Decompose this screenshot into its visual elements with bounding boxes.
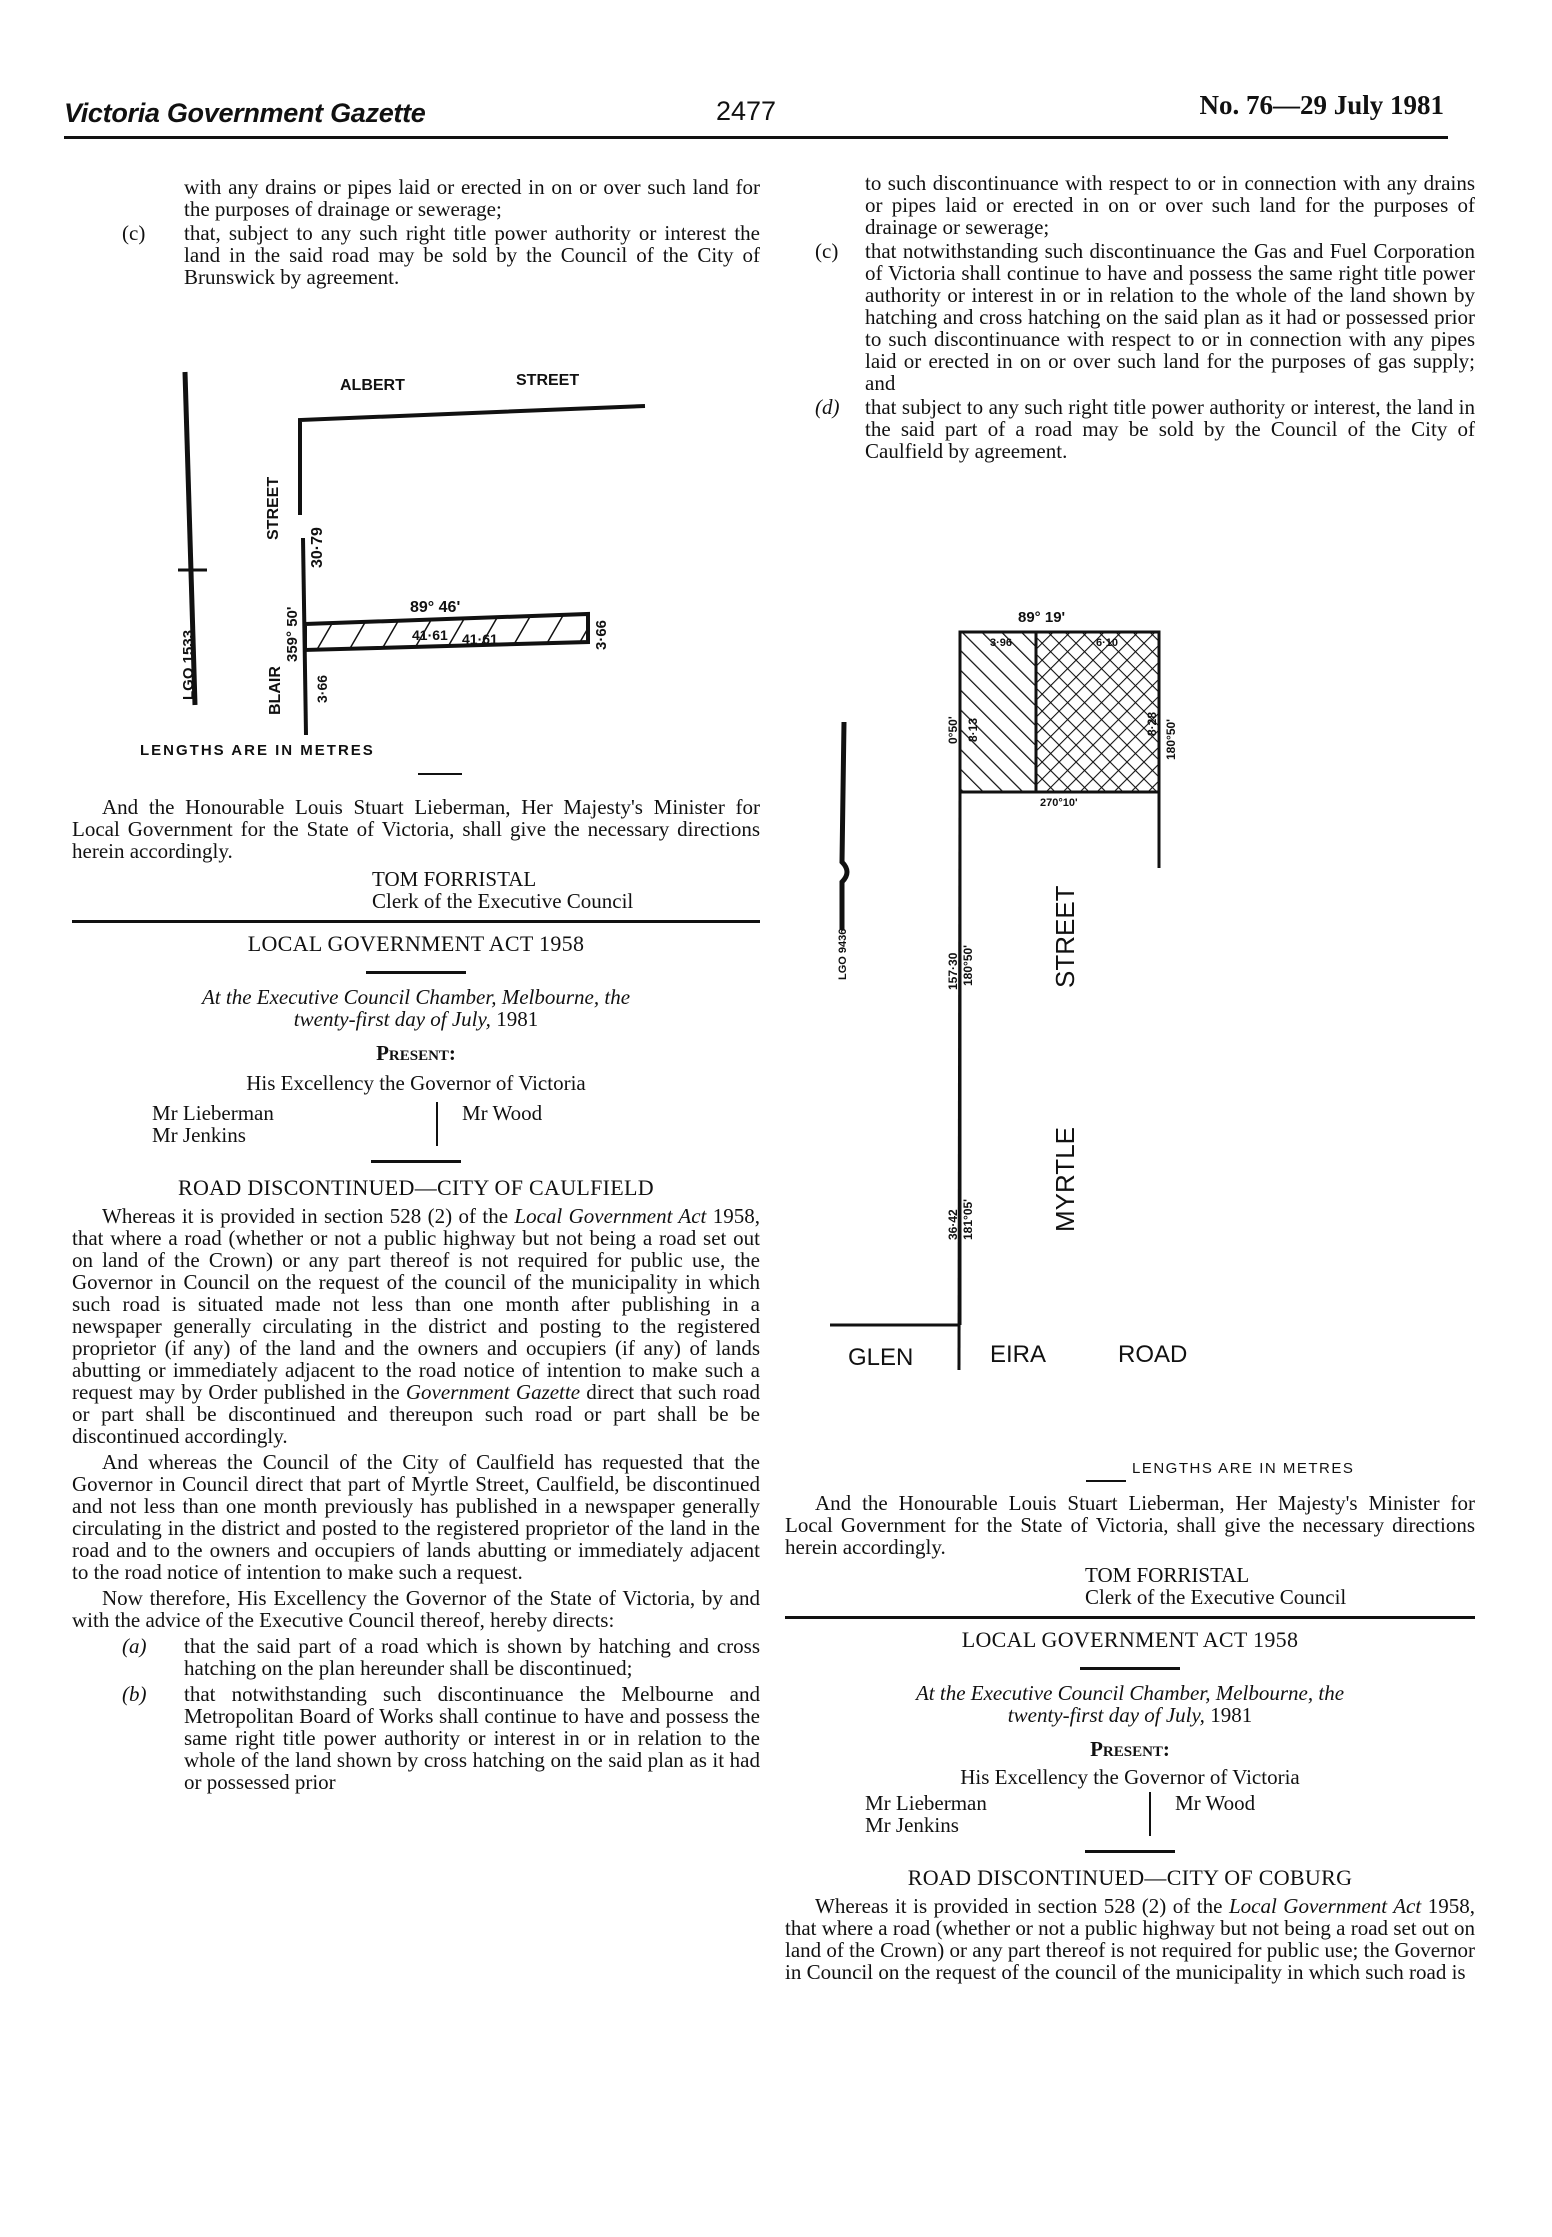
member: Mr Wood — [462, 1102, 760, 1124]
section-rule — [785, 1616, 1475, 1619]
chamber-line: At the Executive Council Chamber, Melbou… — [72, 986, 760, 1008]
left-item-b: (b) that notwithstanding such discontinu… — [72, 1683, 760, 1793]
left-column: with any drains or pipes laid or erected… — [72, 176, 760, 288]
svg-text:GLEN: GLEN — [848, 1344, 913, 1370]
signatory-title: Clerk of the Executive Council — [785, 1586, 1475, 1608]
divider — [418, 773, 462, 775]
publication-title: Victoria Government Gazette — [64, 98, 426, 129]
section-heading: ROAD DISCONTINUED—CITY OF CAULFIELD — [72, 1177, 760, 1199]
chamber-year: 1981 — [496, 1007, 538, 1031]
act-heading: LOCAL GOVERNMENT ACT 1958 — [72, 933, 760, 955]
section-rule — [72, 920, 760, 923]
minister-paragraph: And the Honourable Louis Stuart Lieberma… — [72, 796, 760, 862]
blair-street-label: STREET — [265, 477, 282, 540]
svg-text:MYRTLE: MYRTLE — [1050, 1127, 1080, 1232]
svg-text:8·28: 8·28 — [1145, 712, 1159, 736]
divider — [1086, 1480, 1126, 1482]
svg-text:359° 50': 359° 50' — [284, 607, 301, 662]
divider — [1080, 1667, 1180, 1670]
governor-line: His Excellency the Governor of Victoria — [785, 1766, 1475, 1788]
member-divider — [436, 1102, 438, 1146]
whereas-council-paragraph: And whereas the Council of the City of C… — [72, 1451, 760, 1583]
page-number: 2477 — [716, 96, 776, 127]
svg-text:180°50': 180°50' — [1164, 719, 1178, 760]
blair-label: BLAIR — [267, 666, 284, 715]
plan-note-left: LENGTHS ARE IN METRES — [140, 742, 375, 759]
left-item-c: (c) that, subject to any such right titl… — [72, 222, 760, 288]
present-members: Mr Lieberman Mr Jenkins Mr Wood — [785, 1792, 1475, 1836]
plan-brunswick: LGO 1533 ALBERT STREET STREET BLAIR 30·7… — [160, 360, 680, 770]
svg-text:270°10': 270°10' — [1040, 797, 1078, 809]
svg-text:181°05': 181°05' — [961, 1199, 975, 1240]
svg-text:30·79: 30·79 — [309, 527, 326, 568]
issue-date: No. 76—29 July 1981 — [1199, 90, 1444, 121]
svg-text:0°50': 0°50' — [946, 716, 960, 744]
albert-street-label: STREET — [516, 372, 579, 389]
right-item-c: (c) that notwithstanding such discontinu… — [785, 240, 1475, 394]
present-label: Present: — [72, 1042, 760, 1064]
svg-text:157·30: 157·30 — [946, 952, 960, 990]
item-label: (c) — [122, 222, 145, 244]
svg-text:89° 46': 89° 46' — [410, 599, 460, 616]
whereas-paragraph: Whereas it is provided in section 528 (2… — [72, 1205, 760, 1447]
right-item-d: (d) that subject to any such right title… — [785, 396, 1475, 462]
svg-text:89° 19': 89° 19' — [1018, 609, 1065, 626]
svg-text:41·61: 41·61 — [412, 627, 448, 643]
divider — [1085, 1850, 1175, 1853]
present-label: Present: — [785, 1738, 1475, 1760]
left-item-a: (a) that the said part of a road which i… — [72, 1635, 760, 1679]
act-heading: LOCAL GOVERNMENT ACT 1958 — [785, 1629, 1475, 1651]
svg-text:3·66: 3·66 — [314, 675, 330, 703]
chamber-date: twenty-first day of July, — [294, 1007, 491, 1031]
right-column: to such discontinuance with respect to o… — [785, 172, 1475, 462]
whereas-paragraph: Whereas it is provided in section 528 (2… — [785, 1895, 1475, 1983]
plan-note-right: LENGTHS ARE IN METRES — [1132, 1460, 1354, 1477]
governor-line: His Excellency the Governor of Victoria — [72, 1072, 760, 1094]
plan-caulfield: 89° 19' 3·96 6·10 0°50' 8·13 8·28 180°50… — [830, 600, 1310, 1370]
svg-text:8·13: 8·13 — [966, 718, 980, 742]
svg-text:EIRA: EIRA — [990, 1341, 1046, 1368]
member-divider — [1149, 1792, 1151, 1836]
svg-text:180°50': 180°50' — [961, 945, 975, 986]
albert-label: ALBERT — [340, 377, 405, 394]
chamber-line: At the Executive Council Chamber, Melbou… — [785, 1682, 1475, 1704]
member: Mr Jenkins — [152, 1124, 412, 1146]
minister-paragraph: And the Honourable Louis Stuart Lieberma… — [785, 1492, 1475, 1558]
signatory-name: TOM FORRISTAL — [72, 868, 760, 890]
member: Mr Lieberman — [865, 1792, 1125, 1814]
svg-text:36·42: 36·42 — [946, 1209, 960, 1240]
item-text: that, subject to any such right title po… — [184, 221, 760, 289]
left-column-lower: And the Honourable Louis Stuart Lieberma… — [72, 796, 760, 1793]
svg-text:41·61: 41·61 — [462, 631, 498, 647]
svg-text:LGO 9436: LGO 9436 — [837, 929, 849, 980]
signatory-name: TOM FORRISTAL — [785, 1564, 1475, 1586]
left-continuation-text: with any drains or pipes laid or erected… — [72, 176, 760, 220]
member: Mr Jenkins — [865, 1814, 1125, 1836]
divider — [366, 971, 466, 974]
chamber-date: twenty-first day of July, — [1008, 1703, 1205, 1727]
header-rule — [64, 136, 1448, 139]
member: Mr Lieberman — [152, 1102, 412, 1124]
now-therefore-paragraph: Now therefore, His Excellency the Govern… — [72, 1587, 760, 1631]
member: Mr Wood — [1175, 1792, 1475, 1814]
divider — [371, 1160, 461, 1163]
lgo-label: LGO 1533 — [180, 630, 197, 700]
svg-text:3·66: 3·66 — [593, 620, 610, 650]
svg-text:ROAD: ROAD — [1118, 1341, 1187, 1368]
svg-text:3·96: 3·96 — [990, 637, 1012, 649]
chamber-year: 1981 — [1210, 1703, 1252, 1727]
right-continuation-text: to such discontinuance with respect to o… — [785, 172, 1475, 238]
svg-text:STREET: STREET — [1050, 885, 1080, 988]
signatory-title: Clerk of the Executive Council — [72, 890, 760, 912]
right-column-lower: And the Honourable Louis Stuart Lieberma… — [785, 1492, 1475, 1983]
section-heading: ROAD DISCONTINUED—CITY OF COBURG — [785, 1867, 1475, 1889]
svg-text:6·10: 6·10 — [1096, 637, 1118, 649]
present-members: Mr Lieberman Mr Jenkins Mr Wood — [72, 1102, 760, 1146]
